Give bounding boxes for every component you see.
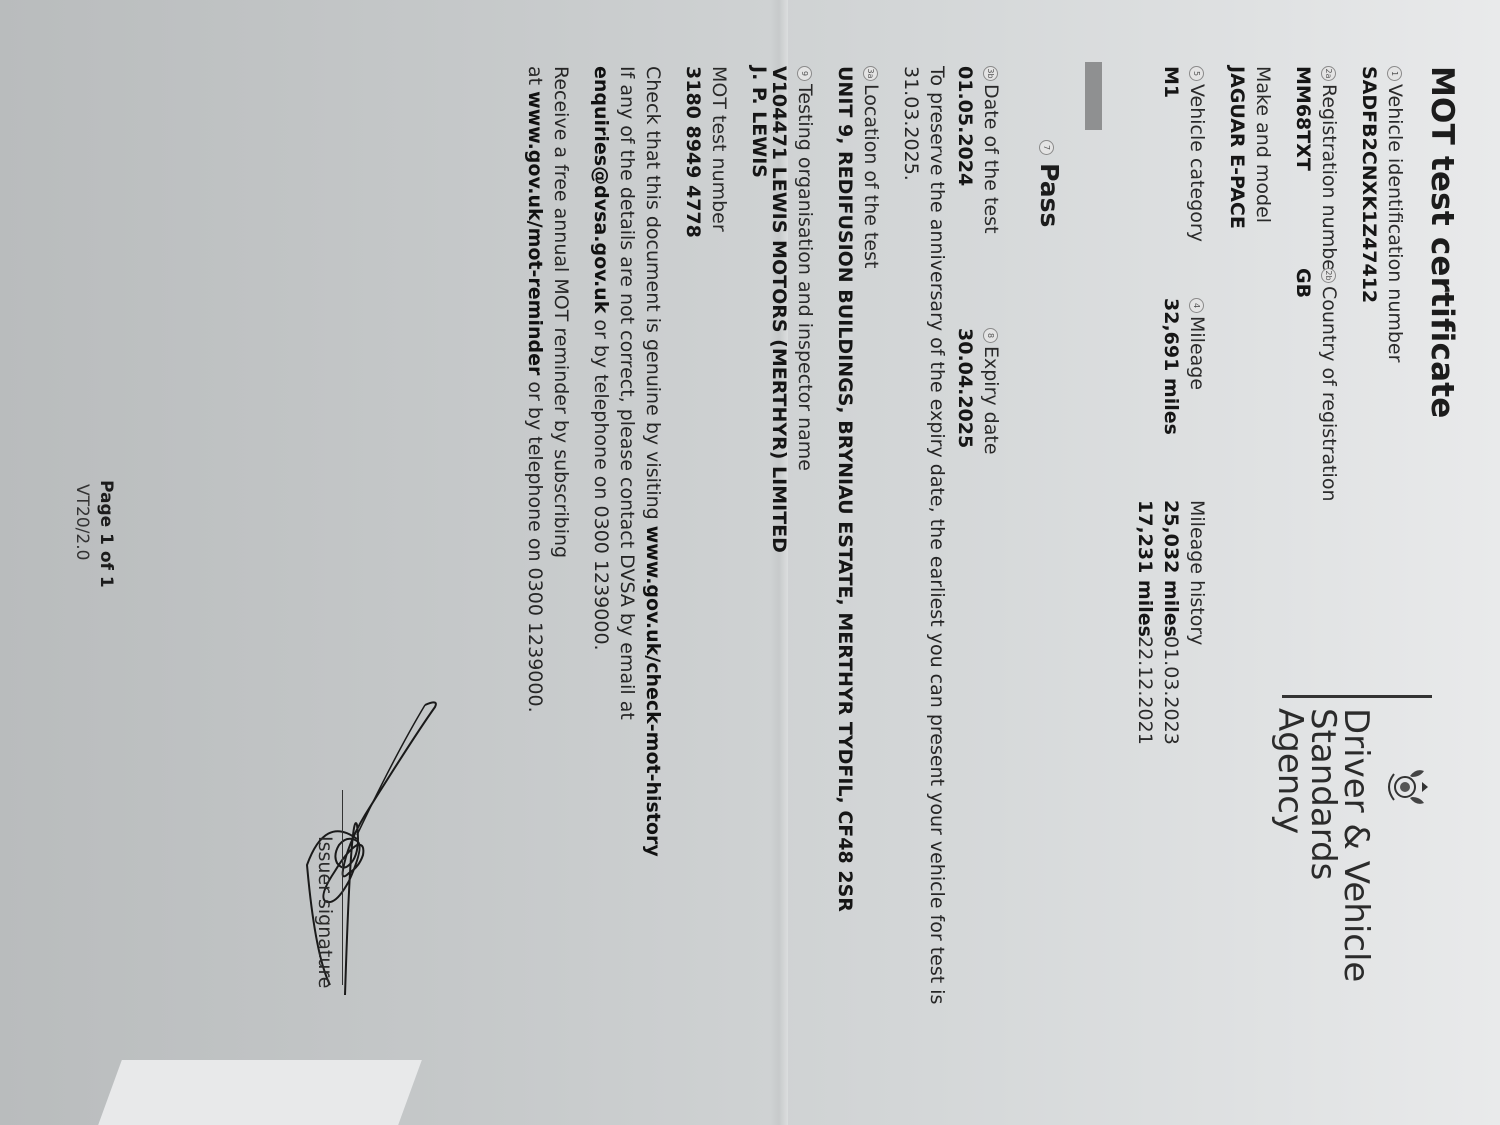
agency-name: Driver & Vehicle Standards Agency — [1273, 708, 1372, 982]
enquiries-email-link[interactable]: enquiries@dvsa.gov.uk — [590, 66, 612, 313]
agency-line-2: Standards — [1306, 708, 1339, 982]
mileage-history-label: Mileage history — [1186, 500, 1208, 645]
country-label: 2bCountry of registration — [1318, 268, 1340, 502]
field-ref-badge: 3a — [863, 66, 878, 81]
field-ref-badge: 1 — [1387, 66, 1402, 81]
info-line-1: Check that this document is genuine by v… — [642, 66, 664, 857]
check-mot-link[interactable]: www.gov.uk/check-mot-history — [642, 526, 664, 857]
inspector-name: J. P. LEWIS — [748, 66, 770, 178]
signature-line — [342, 790, 343, 985]
result-value: Pass — [1035, 163, 1064, 227]
category-label: 5Vehicle category — [1186, 66, 1208, 242]
mileage-value: 32,691 miles — [1160, 298, 1182, 435]
mileage-label: 4Mileage — [1186, 298, 1208, 390]
page-number: Page 1 of 1 — [96, 480, 116, 588]
field-ref-badge: 2a — [1321, 66, 1336, 81]
royal-crest-icon — [1384, 762, 1430, 812]
testing-org-label: 9Testing organisation and inspector name — [794, 66, 816, 471]
mileage-history-miles-2: 17,231 miles — [1134, 500, 1156, 637]
location-value: UNIT 9, REDIFUSION BUILDINGS, BRYNIAU ES… — [834, 66, 856, 912]
country-value: GB — [1292, 268, 1314, 298]
test-number-label: MOT test number — [708, 66, 730, 232]
vin-label: 1Vehicle identification number — [1384, 66, 1406, 362]
info-line-4: Receive a free annual MOT reminder by su… — [550, 66, 572, 558]
registration-label: 2aRegistration number — [1318, 66, 1340, 279]
page-title: MOT test certificate — [1424, 66, 1460, 418]
anniversary-note-line-2: 31.03.2025. — [900, 66, 922, 181]
mot-reminder-link[interactable]: www.gov.uk/mot-reminder — [524, 91, 546, 375]
vin-value: SADFB2CNXK1Z47412 — [1358, 66, 1380, 303]
info-line-5: at www.gov.uk/mot-reminder or by telepho… — [524, 66, 546, 713]
mileage-history-miles-1: 25,032 miles — [1160, 500, 1182, 637]
test-number-value: 3180 8949 4778 — [682, 66, 704, 238]
test-date-value: 01.05.2024 — [954, 66, 976, 186]
agency-line-3: Agency — [1273, 708, 1306, 982]
field-ref-badge: 7 — [1039, 140, 1054, 155]
field-ref-badge: 9 — [797, 66, 812, 81]
anniversary-note-line-1: To preserve the anniversary of the expir… — [926, 66, 948, 1004]
make-model-label: Make and model — [1252, 66, 1274, 223]
agency-rule — [1282, 695, 1432, 698]
info-line-2: If any of the details are not correct, p… — [616, 66, 638, 720]
field-ref-badge: 8 — [983, 328, 998, 343]
make-model-value: JAGUAR E-PACE — [1226, 66, 1248, 229]
info-line-3: enquiries@dvsa.gov.uk or by telephone on… — [590, 66, 612, 651]
form-code: VT20/2.0 — [72, 484, 92, 560]
category-value: M1 — [1160, 66, 1182, 98]
redaction-bar — [1085, 62, 1102, 130]
registration-value: MM68TXT — [1292, 66, 1314, 171]
expiry-date-value: 30.04.2025 — [954, 328, 976, 448]
field-ref-badge: 2b — [1321, 268, 1336, 283]
location-label: 3aLocation of the test — [860, 66, 882, 268]
mot-certificate: MOT test certificate Driver & Vehicle St… — [0, 0, 1500, 1125]
agency-line-1: Driver & Vehicle — [1339, 708, 1372, 982]
mileage-history-date-2: 22.12.2021 — [1134, 636, 1156, 745]
mileage-history-date-1: 01.03.2023 — [1160, 636, 1182, 745]
test-date-label: 3bDate of the test — [980, 66, 1002, 234]
signature-label: Issuer signature — [314, 836, 336, 988]
testing-org-value: V104471 LEWIS MOTORS (MERTHYR) LIMITED — [768, 66, 790, 553]
expiry-date-label: 8Expiry date — [980, 328, 1002, 455]
field-ref-badge: 5 — [1189, 66, 1204, 81]
field-ref-badge: 3b — [983, 66, 998, 81]
field-ref-badge: 4 — [1189, 298, 1204, 313]
result-row: 7 Pass — [1035, 140, 1064, 227]
